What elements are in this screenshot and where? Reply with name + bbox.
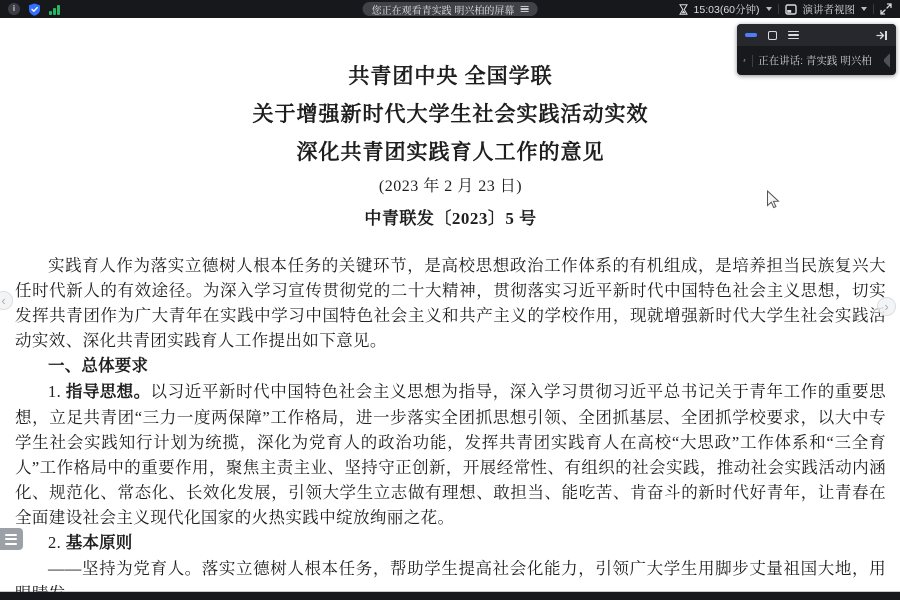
item1-lead: 指导思想。: [66, 383, 151, 401]
topbar-left-group: i: [8, 0, 60, 18]
hourglass-timer-icon: [679, 4, 688, 15]
bottom-bar: [0, 592, 900, 600]
banner-menu-icon[interactable]: [520, 6, 528, 13]
item2-number: 2.: [48, 533, 66, 552]
meeting-info-icon[interactable]: i: [8, 3, 20, 15]
collapse-panel-icon[interactable]: [876, 30, 888, 41]
view-mode-button[interactable]: 演讲者视图: [803, 2, 856, 17]
participant-panel: 正在讲话: 青实践 明兴柏: [737, 24, 896, 75]
security-shield-icon[interactable]: [28, 3, 41, 16]
item2-heading: 2. 基本原则: [15, 530, 886, 556]
section1-heading: 一、总体要求: [15, 353, 886, 379]
fullscreen-icon[interactable]: [880, 3, 892, 15]
item1-paragraph: 1. 指导思想。以习近平新时代中国特色社会主义思想为指导，深入学习贯彻习近平总书…: [15, 379, 886, 530]
doc-title-line3: 深化共青团实践育人工作的意见: [15, 133, 886, 171]
chevron-left-icon: ‹: [1, 293, 5, 308]
doc-date: (2023 年 2 月 23 日): [15, 171, 886, 203]
chevron-right-icon: ›: [884, 299, 888, 314]
view-mode-caret-icon[interactable]: [861, 7, 867, 11]
shared-screen-document: 共青团中央 全国学联 关于增强新时代大学生社会实践活动实效 深化共青团实践育人工…: [0, 18, 900, 592]
meeting-watermark-logo: [884, 52, 890, 70]
meeting-timer[interactable]: 15:03(60分钟): [694, 2, 760, 17]
speaking-row: 正在讲话: 青实践 明兴柏: [737, 46, 896, 75]
panel-toolbar: [737, 24, 896, 46]
speaker-view-icon: [785, 4, 797, 15]
network-signal-icon[interactable]: [49, 4, 60, 15]
next-page-button[interactable]: ›: [877, 297, 896, 316]
microphone-muted-icon: [743, 54, 746, 67]
intro-text: 实践育人作为落实立德树人根本任务的关键环节，是高校思想政治工作体系的有机组成，是…: [15, 256, 886, 350]
timer-caret-icon[interactable]: [766, 7, 772, 11]
item1-number: 1.: [48, 382, 66, 401]
topbar-right-group: 15:03(60分钟) 演讲者视图: [679, 0, 892, 18]
doc-title-line2: 关于增强新时代大学生社会实践活动实效: [15, 95, 886, 133]
topbar-divider: [873, 4, 874, 14]
doc-number: 中青联发〔2023〕5 号: [15, 203, 886, 235]
minimize-panel-icon[interactable]: [745, 33, 757, 37]
doc-body: 实践育人作为落实立德树人根本任务的关键环节，是高校思想政治工作体系的有机组成，是…: [15, 253, 886, 600]
window-view-icon[interactable]: [768, 31, 777, 40]
layout-options-icon[interactable]: [788, 31, 799, 40]
watching-banner[interactable]: 您正在观看青实践 明兴柏的屏幕: [363, 2, 538, 16]
document-content: 共青团中央 全国学联 关于增强新时代大学生社会实践活动实效 深化共青团实践育人工…: [0, 18, 900, 600]
watching-label: 您正在观看青实践 明兴柏的屏幕: [372, 2, 515, 17]
toc-sidebar-button[interactable]: [0, 528, 23, 550]
speaking-label: 正在讲话: 青实践 明兴柏: [758, 53, 872, 68]
intro-paragraph: 实践育人作为落实立德树人根本任务的关键环节，是高校思想政治工作体系的有机组成，是…: [15, 253, 886, 353]
meeting-topbar: i 您正在观看青实践 明兴柏的屏幕 15:03(60分钟) 演讲者视图: [0, 0, 900, 18]
section1-heading-text: 一、总体要求: [48, 357, 148, 375]
item1-body-text: 以习近平新时代中国特色社会主义思想为指导，深入学习贯彻习近平总书记关于青年工作的…: [15, 382, 886, 527]
item2-lead: 基本原则: [66, 534, 133, 552]
topbar-divider: [778, 4, 779, 14]
